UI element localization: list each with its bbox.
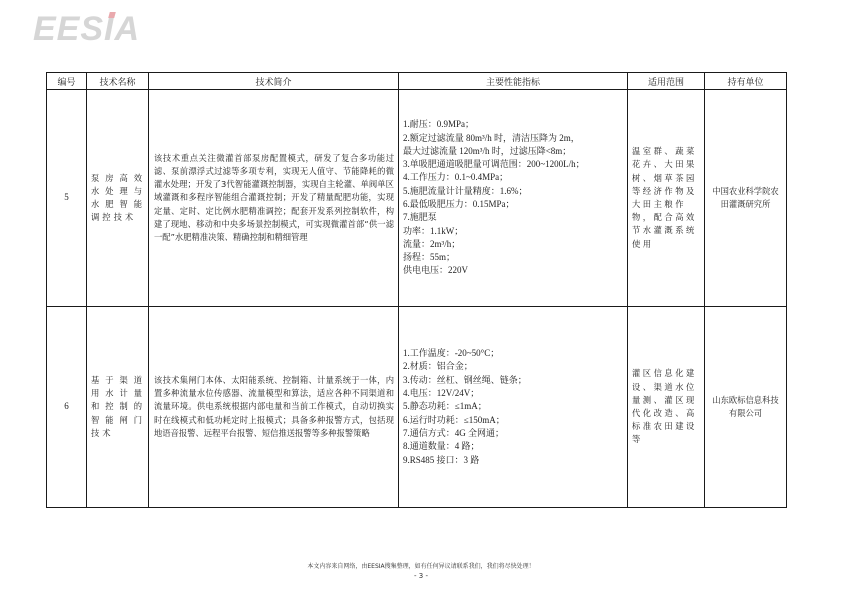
row-number: 6 [47, 307, 87, 508]
header-performance: 主要性能指标 [399, 73, 628, 90]
spec-line: 3.传动：丝杠、钢丝绳、链条； [403, 374, 624, 387]
applicable-scope: 温室群、蔬菜花卉、大田果树、烟草茶园等经济作物及大田主粮作物，配合高效节水灌溉系… [628, 90, 705, 307]
spec-line: 5.施肥流量计计量精度：1.6%； [403, 185, 624, 198]
spec-line: 1.工作温度：-20~50°C； [403, 347, 624, 360]
spec-line: 4.工作压力：0.1~0.4MPa； [403, 171, 624, 184]
spec-line: 7.施肥泵 [403, 211, 624, 224]
header-scope: 适用范围 [628, 73, 705, 90]
header-owner: 持有单位 [705, 73, 787, 90]
spec-line: 1.耐压：0.9MPa； [403, 118, 624, 131]
owner-unit: 中国农业科学院农田灌溉研究所 [705, 90, 787, 307]
spec-line: 4.电压：12V/24V； [403, 387, 624, 400]
spec-line: 功率：1.1kW； [403, 225, 624, 238]
eesia-logo: EESIA [33, 10, 140, 49]
spec-line: 最大过滤流量 120m³/h 时，过滤压降<8m； [403, 145, 624, 158]
tech-name: 泵房高效水处理与水肥智能调控技术 [87, 90, 149, 307]
row-number: 5 [47, 90, 87, 307]
technology-table: 编号 技术名称 技术简介 主要性能指标 适用范围 持有单位 5 泵房高效水处理与… [46, 72, 787, 508]
logo-text-end: A [115, 10, 141, 48]
applicable-scope: 灌区信息化建设、渠道水位量测、灌区现代化改造、高标准农田建设等 [628, 307, 705, 508]
performance-specs: 1.工作温度：-20~50°C； 2.材质：铝合金； 3.传动：丝杠、钢丝绳、链… [399, 307, 628, 508]
page-number: - 3 - [0, 572, 842, 580]
table-row: 6 基于渠道用水计量和控制的智能闸门技术 该技术集闸门本体、太阳能系统、控制箱、… [47, 307, 787, 508]
table-header-row: 编号 技术名称 技术简介 主要性能指标 适用范围 持有单位 [47, 73, 787, 90]
logo-text: EES [33, 10, 104, 48]
spec-line: 6.最低吸肥压力：0.15MPa； [403, 198, 624, 211]
spec-line: 2.额定过滤流量 80m³/h 时，清洁压降为 2m， [403, 132, 624, 145]
tech-name: 基于渠道用水计量和控制的智能闸门技术 [87, 307, 149, 508]
spec-line: 9.RS485 接口：3 路 [403, 454, 624, 467]
header-tech-name: 技术名称 [87, 73, 149, 90]
header-number: 编号 [47, 73, 87, 90]
spec-line: 6.运行时功耗：≤150mA； [403, 414, 624, 427]
spec-line: 2.材质：铝合金； [403, 360, 624, 373]
header-tech-intro: 技术简介 [149, 73, 399, 90]
spec-line: 5.静态功耗：≤1mA； [403, 400, 624, 413]
owner-unit: 山东欧标信息科技有限公司 [705, 307, 787, 508]
spec-line: 8.通道数量：4 路； [403, 440, 624, 453]
spec-line: 3.单吸肥通道吸肥量可调范围：200~1200L/h； [403, 158, 624, 171]
spec-line: 7.通信方式：4G 全网通； [403, 427, 624, 440]
spec-line: 扬程：55m； [403, 251, 624, 264]
tech-intro: 该技术集闸门本体、太阳能系统、控制箱、计量系统于一体，内置多种流量水位传感器、流… [149, 307, 399, 508]
source-disclaimer: 本文内容来自网络，由EESIA搜集整理，如有任何异议请联系我们，我们将尽快处理！ [0, 561, 842, 570]
spec-line: 供电电压：220V [403, 264, 624, 277]
logo-accent-letter: I [104, 10, 114, 48]
tech-intro: 该技术重点关注微灌首部泵房配置模式，研发了复合多功能过滤、泵前漂浮式过滤等多项专… [149, 90, 399, 307]
table-row: 5 泵房高效水处理与水肥智能调控技术 该技术重点关注微灌首部泵房配置模式，研发了… [47, 90, 787, 307]
spec-line: 流量：2m³/h； [403, 238, 624, 251]
performance-specs: 1.耐压：0.9MPa； 2.额定过滤流量 80m³/h 时，清洁压降为 2m，… [399, 90, 628, 307]
